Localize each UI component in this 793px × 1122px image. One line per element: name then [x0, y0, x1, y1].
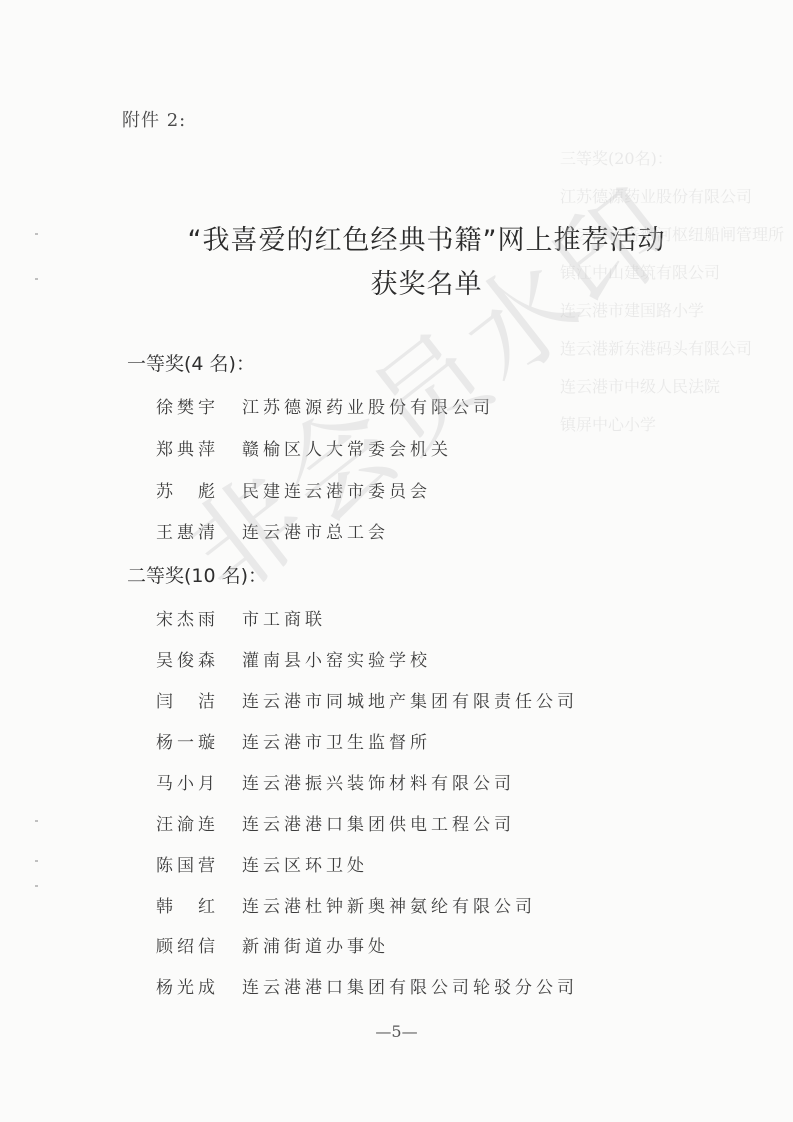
winner-name: 王惠清	[156, 518, 242, 543]
winner-name: 杨光成	[156, 973, 242, 998]
winner-name: 顾绍信	[156, 932, 242, 957]
list-item: 杨光成连云港港口集团有限公司轮驳分公司	[156, 973, 578, 998]
winner-org: 民建连云港市委员会	[242, 477, 431, 502]
page-number: —5—	[0, 1022, 793, 1041]
list-item: 汪渝连连云港港口集团供电工程公司	[156, 810, 515, 835]
winner-org: 市工商联	[242, 605, 326, 630]
winner-name: 宋杰雨	[156, 605, 242, 630]
document-page: 三等奖(20名)：江苏德源药业股份有限公司连云港市蔷薇河枢纽船闸管理所镇江中山建…	[0, 0, 793, 1122]
winner-name: 苏 彪	[156, 477, 242, 502]
winner-name: 陈国营	[156, 851, 242, 876]
winner-name: 汪渝连	[156, 810, 242, 835]
document-title-line1: “我喜爱的红色经典书籍”网上推荐活动	[30, 218, 793, 257]
winner-org: 连云港市同城地产集团有限责任公司	[242, 687, 578, 712]
section-heading-first-prize: 一等奖(4 名)：	[127, 349, 255, 376]
winner-org: 江苏德源药业股份有限公司	[242, 393, 494, 418]
list-item: 闫 洁连云港市同城地产集团有限责任公司	[156, 687, 578, 712]
winner-name: 韩 红	[156, 892, 242, 917]
winner-org: 连云港市卫生监督所	[242, 728, 431, 753]
winner-org: 连云港杜钟新奥神氨纶有限公司	[242, 892, 536, 917]
list-item: 宋杰雨市工商联	[156, 605, 326, 630]
winner-org: 连云港港口集团有限公司轮驳分公司	[242, 973, 578, 998]
list-item: 徐樊宇江苏德源药业股份有限公司	[156, 393, 494, 418]
annex-label: 附件 2:	[122, 106, 186, 132]
scan-artifact	[35, 860, 38, 862]
scan-artifact	[35, 233, 38, 235]
winner-org: 赣榆区人大常委会机关	[242, 435, 452, 460]
list-item: 苏 彪民建连云港市委员会	[156, 477, 431, 502]
section-heading-second-prize: 二等奖(10 名)：	[127, 561, 267, 588]
winner-name: 闫 洁	[156, 687, 242, 712]
list-item: 王惠清连云港市总工会	[156, 518, 389, 543]
winner-org: 连云港振兴装饰材料有限公司	[242, 769, 515, 794]
winner-name: 郑典萍	[156, 435, 242, 460]
list-item: 顾绍信新浦街道办事处	[156, 932, 389, 957]
list-item: 杨一璇连云港市卫生监督所	[156, 728, 431, 753]
winner-name: 徐樊宇	[156, 393, 242, 418]
winner-name: 杨一璇	[156, 728, 242, 753]
scan-artifact	[35, 885, 38, 887]
winner-org: 灌南县小窑实验学校	[242, 646, 431, 671]
list-item: 吴俊森灌南县小窑实验学校	[156, 646, 431, 671]
winner-name: 马小月	[156, 769, 242, 794]
winner-org: 新浦街道办事处	[242, 932, 389, 957]
scan-artifact	[35, 278, 38, 280]
scan-artifact	[35, 820, 38, 822]
winner-org: 连云区环卫处	[242, 851, 368, 876]
document-title-line2: 获奖名单	[30, 262, 793, 301]
watermark: 非会员水印	[150, 143, 704, 625]
list-item: 郑典萍赣榆区人大常委会机关	[156, 435, 452, 460]
winner-org: 连云港港口集团供电工程公司	[242, 810, 515, 835]
list-item: 马小月连云港振兴装饰材料有限公司	[156, 769, 515, 794]
list-item: 韩 红连云港杜钟新奥神氨纶有限公司	[156, 892, 536, 917]
winner-name: 吴俊森	[156, 646, 242, 671]
list-item: 陈国营连云区环卫处	[156, 851, 368, 876]
winner-org: 连云港市总工会	[242, 518, 389, 543]
